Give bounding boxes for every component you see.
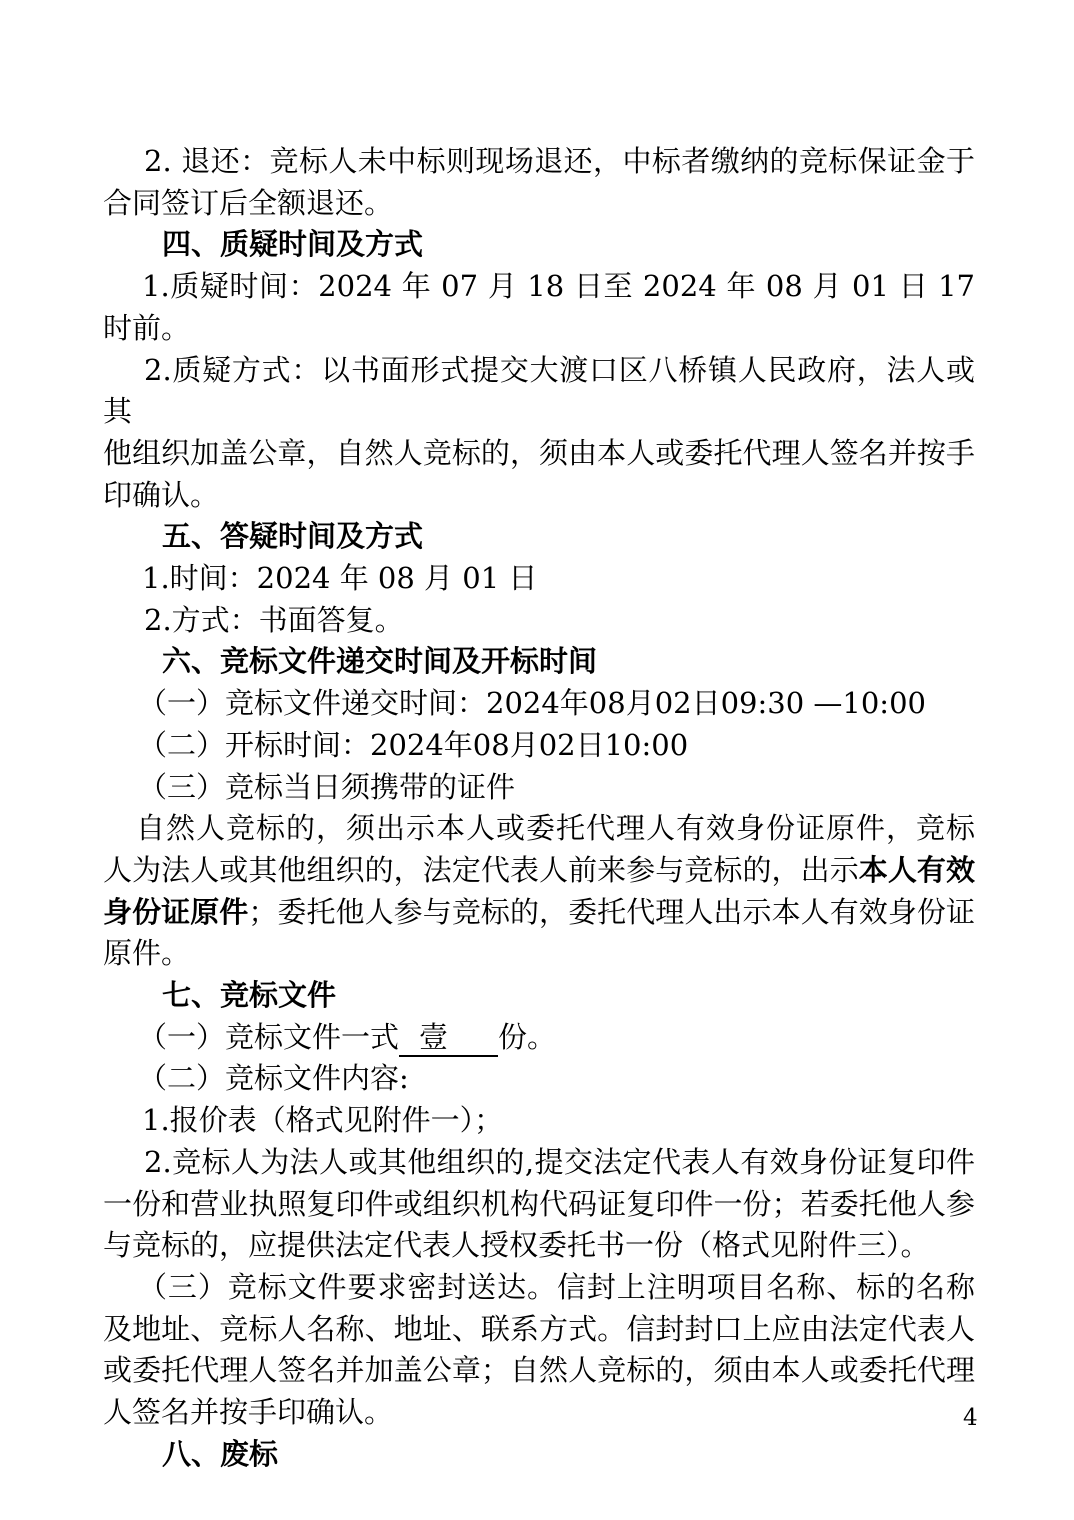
paragraph-line: 与竞标的，应提供法定代表人授权委托书一份（格式见附件三）。 — [103, 1225, 975, 1267]
bold-text-segment: 身份证原件 — [103, 895, 248, 929]
paragraph-line: 印确认。 — [103, 475, 975, 517]
paragraph-line: 2.竞标人为法人或其他组织的,提交法定代表人有效身份证复印件 — [103, 1142, 975, 1184]
paragraph-line: 及地址、竞标人名称、地址、联系方式。信封封口上应由法定代表人 — [103, 1309, 975, 1351]
paragraph-line: （二）开标时间：2024年08月02日10:00 — [103, 725, 975, 767]
paragraph-line: 2. 退还：竞标人未中标则现场退还，中标者缴纳的竞标保证金于 — [103, 141, 975, 183]
paragraph-line: 他组织加盖公章，自然人竞标的，须由本人或委托代理人签名并按手 — [103, 433, 975, 475]
section-heading: 六、竞标文件递交时间及开标时间 — [103, 641, 975, 683]
text-segment: 份。 — [498, 1020, 556, 1054]
page-number: 4 — [963, 1404, 978, 1432]
paragraph-line: 1.时间：2024 年 08 月 01 日 — [103, 558, 975, 600]
paragraph-line: （一）竞标文件一式壹份。 — [103, 1017, 975, 1059]
text-segment: 人为法人或其他组织的，法定代表人前来参与竞标的，出示 — [103, 853, 859, 887]
section-heading: 四、质疑时间及方式 — [103, 224, 975, 266]
paragraph-line: 人为法人或其他组织的，法定代表人前来参与竞标的，出示本人有效 — [103, 850, 975, 892]
paragraph-line: （三）竞标文件要求密封送达。信封上注明项目名称、标的名称 — [103, 1267, 975, 1309]
underline-blank: 壹 — [399, 1020, 498, 1057]
text-segment: ；委托他人参与竞标的，委托代理人出示本人有效身份证 — [248, 895, 975, 929]
bold-text-segment: 本人有效 — [859, 853, 975, 887]
paragraph-line: 一份和营业执照复印件或组织机构代码证复印件一份；若委托他人参 — [103, 1184, 975, 1226]
document-body: 2. 退还：竞标人未中标则现场退还，中标者缴纳的竞标保证金于 合同签订后全额退还… — [103, 141, 975, 1476]
paragraph-line: 自然人竞标的，须出示本人或委托代理人有效身份证原件，竞标 — [103, 808, 975, 850]
paragraph-line: 身份证原件；委托他人参与竞标的，委托代理人出示本人有效身份证 — [103, 892, 975, 934]
paragraph-line: 2.质疑方式：以书面形式提交大渡口区八桥镇人民政府，法人或其 — [103, 350, 975, 433]
section-heading: 八、废标 — [103, 1434, 975, 1476]
paragraph-line: 1.质疑时间：2024 年 07 月 18 日至 2024 年 08 月 01 … — [103, 266, 975, 349]
paragraph-line: （二）竞标文件内容: — [103, 1058, 975, 1100]
paragraph-line: 人签名并按手印确认。 — [103, 1392, 975, 1434]
paragraph-line: 1.报价表（格式见附件一）； — [103, 1100, 975, 1142]
paragraph-line: 2.方式：书面答复。 — [103, 600, 975, 642]
section-heading: 五、答疑时间及方式 — [103, 516, 975, 558]
paragraph-line: 或委托代理人签名并加盖公章；自然人竞标的，须由本人或委托代理 — [103, 1350, 975, 1392]
paragraph-line: 原件。 — [103, 933, 975, 975]
text-segment: （一）竞标文件一式 — [138, 1020, 399, 1054]
section-heading: 七、竞标文件 — [103, 975, 975, 1017]
paragraph-line: （三）竞标当日须携带的证件 — [103, 767, 975, 809]
paragraph-line: 合同签订后全额退还。 — [103, 183, 975, 225]
paragraph-line: （一）竞标文件递交时间：2024年08月02日09:30 —10:00 — [103, 683, 975, 725]
